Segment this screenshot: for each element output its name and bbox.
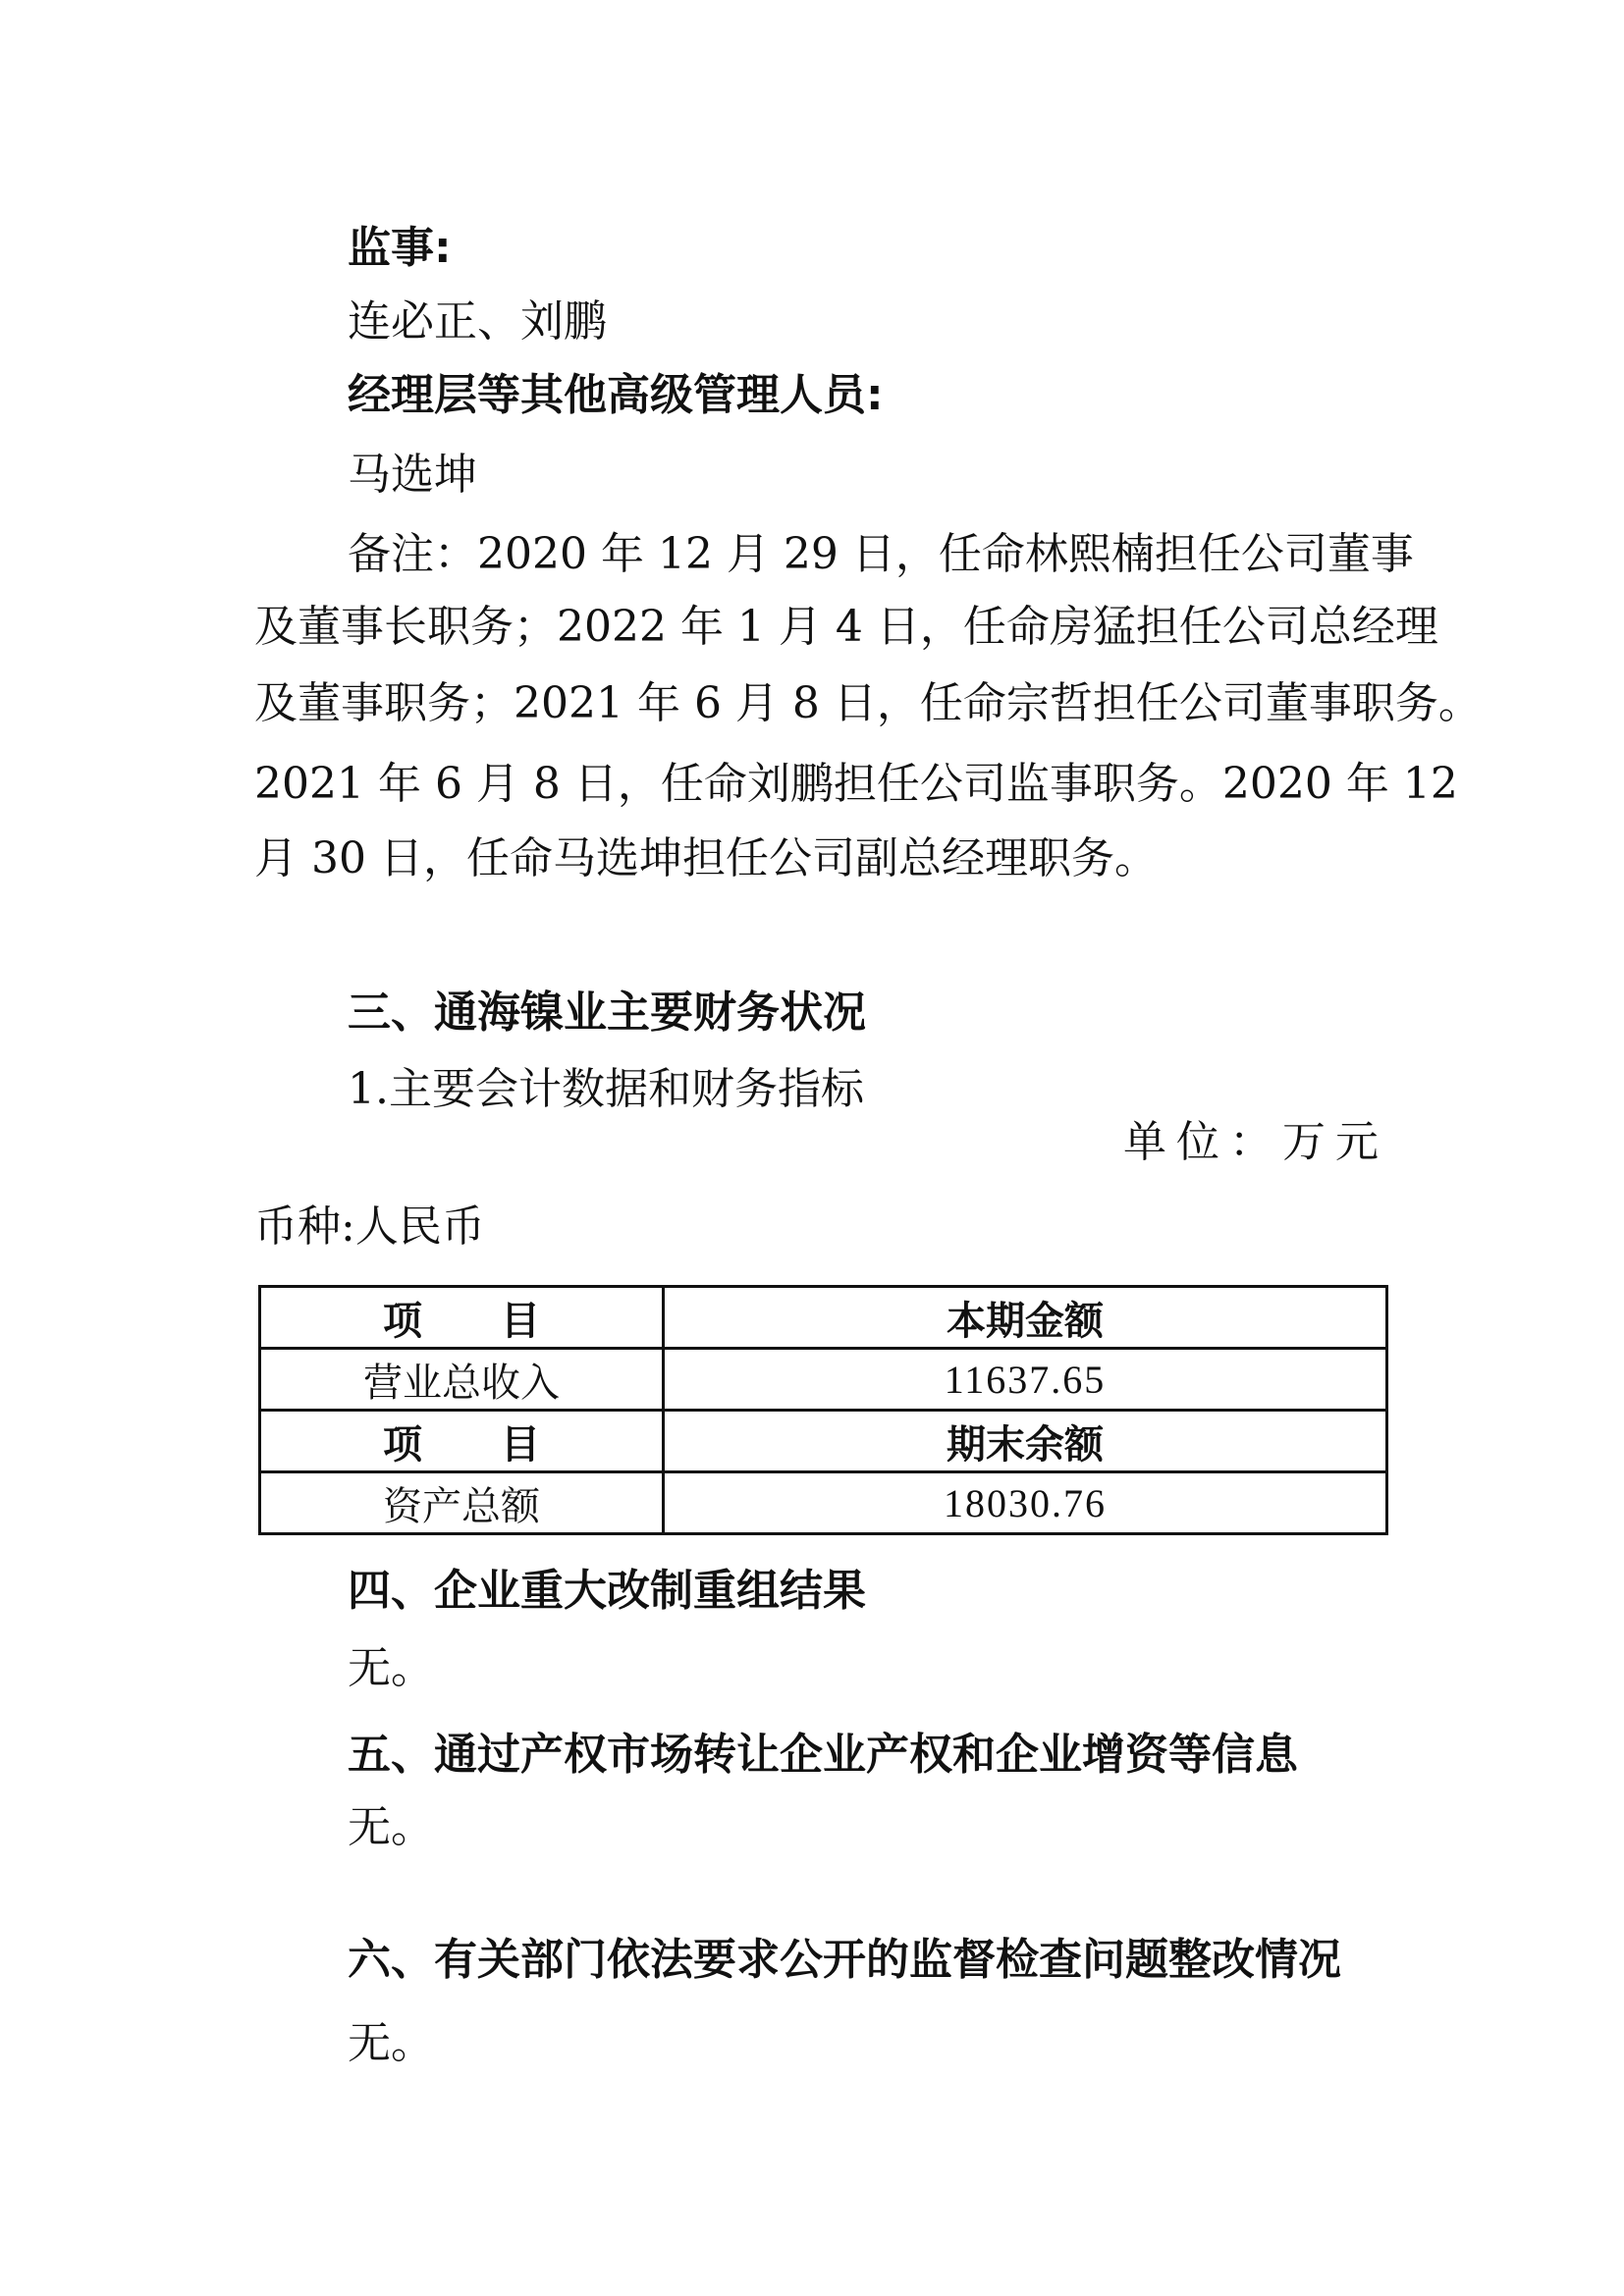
section4-heading: 四、企业重大改制重组结果 — [348, 1562, 866, 1621]
table-cell-label: 资产总额 — [260, 1472, 664, 1534]
table-cell-value: 18030.76 — [664, 1472, 1387, 1534]
table-cell-value: 11637.65 — [664, 1349, 1387, 1411]
currency-label: 币种:人民币 — [254, 1198, 485, 1256]
unit-label: 单位：万元 — [1123, 1113, 1388, 1172]
management-names: 马选坤 — [348, 446, 477, 505]
table-cell-label: 营业总收入 — [260, 1349, 664, 1411]
financial-table: 项 目 本期金额 营业总收入 11637.65 项 目 期末余额 资产总额 18… — [258, 1285, 1388, 1535]
table-header-row: 项 目 期末余额 — [260, 1411, 1387, 1472]
table-row: 资产总额 18030.76 — [260, 1472, 1387, 1534]
section6-heading: 六、有关部门依法要求公开的监督检查问题整改情况 — [348, 1931, 1341, 1990]
section5-heading: 五、通过产权市场转让企业产权和企业增资等信息 — [348, 1726, 1298, 1785]
remark-line-5: 月 30 日，任命马选坤担任公司副总经理职务。 — [254, 829, 1158, 888]
remark-line-1: 备注：2020 年 12 月 29 日，任命林熙楠担任公司董事 — [348, 525, 1388, 584]
section6-body: 无。 — [348, 2014, 434, 2073]
table-header-row: 项 目 本期金额 — [260, 1287, 1387, 1349]
table-header-ending-balance: 期末余额 — [664, 1411, 1387, 1472]
table-header-item: 项 目 — [260, 1287, 664, 1349]
supervisors-heading: 监事: — [348, 219, 452, 278]
table-header-item: 项 目 — [260, 1411, 664, 1472]
supervisors-names: 连必正、刘鹏 — [348, 293, 607, 351]
remark-line-2: 及董事长职务；2022 年 1 月 4 日，任命房猛担任公司总经理 — [254, 598, 1388, 657]
section4-body: 无。 — [348, 1639, 434, 1698]
table-header-current-amount: 本期金额 — [664, 1287, 1387, 1349]
table-row: 营业总收入 11637.65 — [260, 1349, 1387, 1411]
section5-body: 无。 — [348, 1798, 434, 1857]
section3-heading: 三、通海镍业主要财务状况 — [348, 984, 866, 1042]
remark-line-3: 及董事职务；2021 年 6 月 8 日，任命宗哲担任公司董事职务。 — [254, 674, 1388, 733]
management-heading: 经理层等其他高级管理人员: — [348, 366, 884, 425]
section3-subheading: 1.主要会计数据和财务指标 — [348, 1060, 864, 1119]
remark-line-4: 2021 年 6 月 8 日，任命刘鹏担任公司监事职务。2020 年 12 — [254, 755, 1388, 814]
